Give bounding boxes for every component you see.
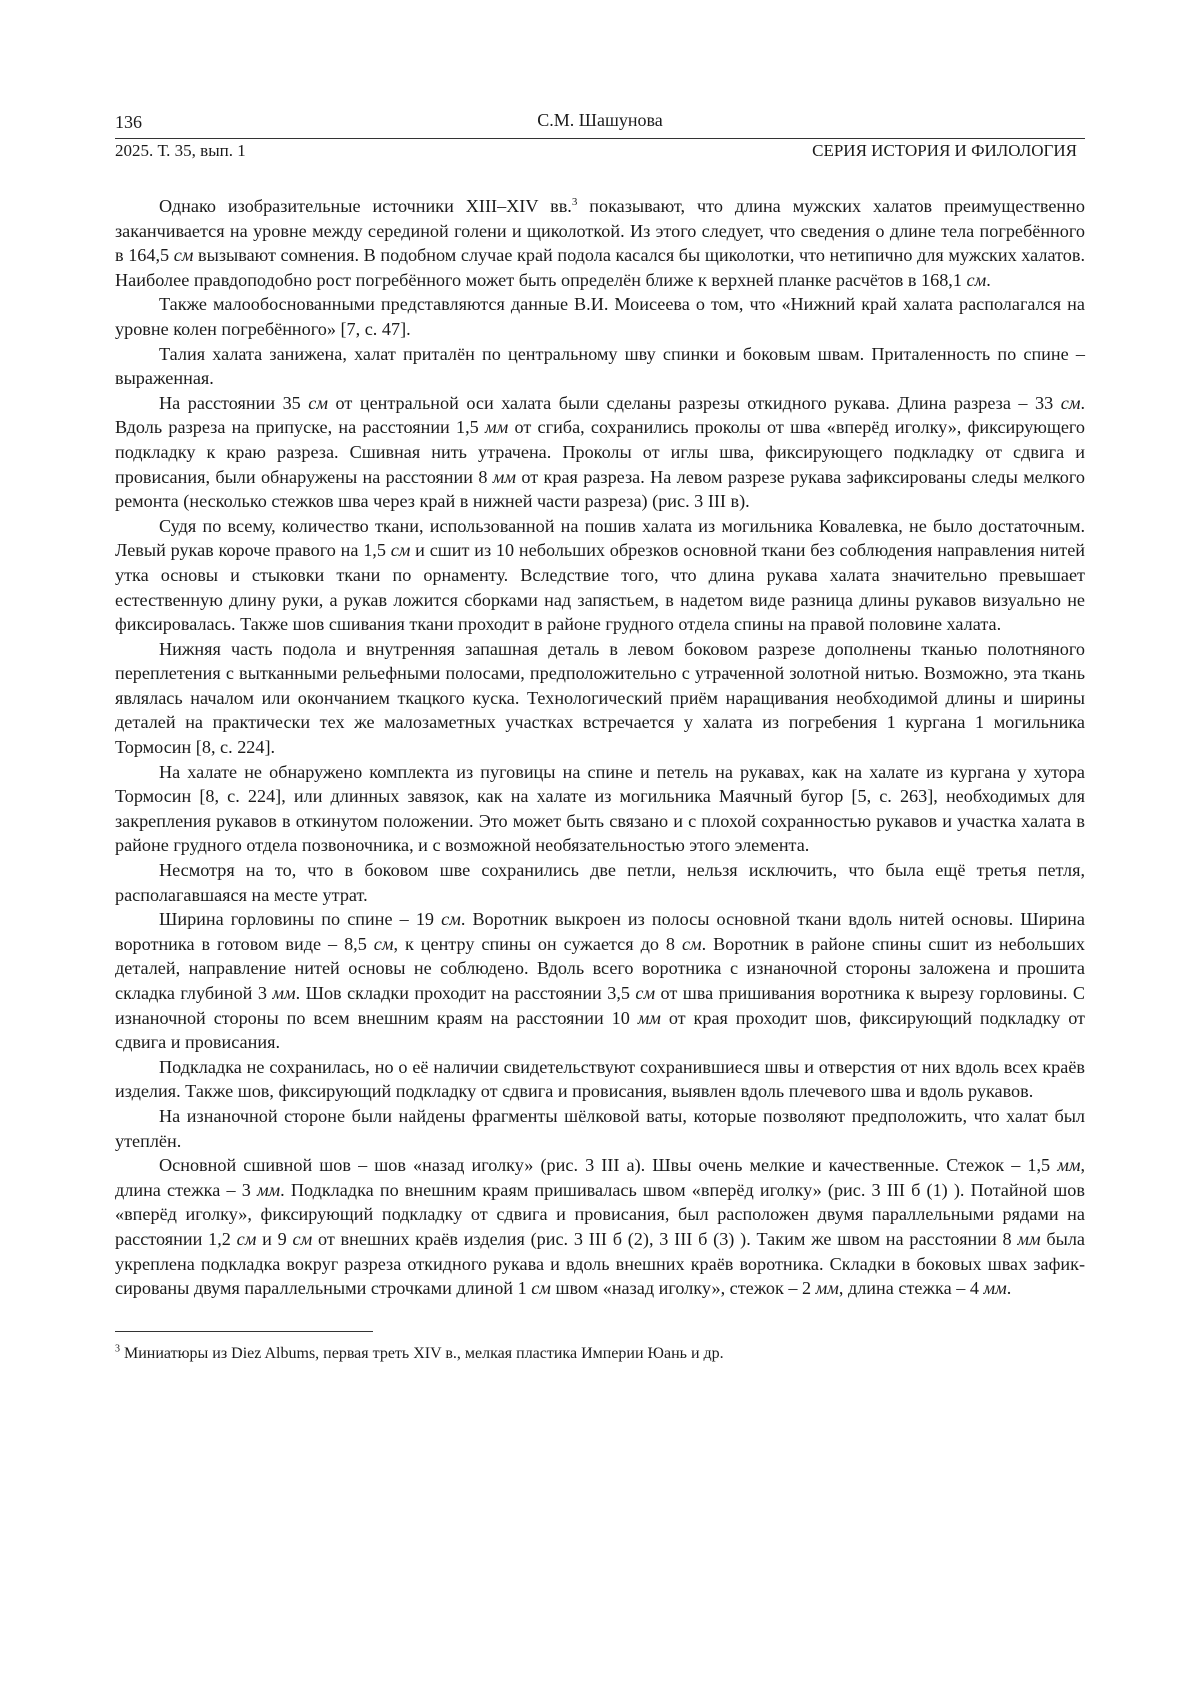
- text-run: от центральной оси халата были сделаны р…: [328, 393, 1061, 413]
- running-author: С.М. Шашунова: [115, 110, 1085, 130]
- unit-italic: см: [531, 1278, 551, 1298]
- text-run: На изнаночной стороне были найдены фрагм…: [115, 1106, 1085, 1151]
- header-divider: [115, 138, 1085, 139]
- paragraph: Однако изобразительные источники XIII–XI…: [115, 194, 1085, 292]
- footnote-divider: [115, 1331, 373, 1332]
- unit-italic: см: [308, 393, 328, 413]
- text-run: .: [986, 270, 991, 290]
- text-run: , длина стежка – 4: [839, 1278, 984, 1298]
- footnote-text: Миниатюры из Diez Albums, первая треть X…: [120, 1345, 724, 1362]
- text-run: и 9: [256, 1229, 292, 1249]
- paragraph: На халате не обнаружено комплекта из пуг…: [115, 760, 1085, 858]
- unit-italic: см: [635, 983, 655, 1003]
- footnote: 3 Миниатюры из Diez Albums, первая треть…: [115, 1344, 1085, 1364]
- text-run: вызывают сомнения. В подобном случае кра…: [115, 245, 1085, 290]
- text-run: от внешних кра­ёв изделия (рис. 3 III б …: [312, 1229, 1017, 1249]
- paragraph: На изнаночной стороне были найдены фрагм…: [115, 1104, 1085, 1153]
- paragraph: Судя по всему, количество ткани, использ…: [115, 514, 1085, 637]
- page-number: 136: [115, 112, 142, 132]
- unit-italic: мм: [272, 983, 295, 1003]
- text-run: Нижняя часть подола и внутренняя запашна…: [115, 639, 1085, 757]
- journal-page: 136 С.М. Шашунова 2025. Т. 35, вып. 1 СЕ…: [115, 110, 1085, 1364]
- unit-italic: мм: [485, 417, 508, 437]
- unit-italic: см: [967, 270, 987, 290]
- running-header: 136 С.М. Шашунова: [115, 110, 1085, 132]
- series-title: СЕРИЯ ИСТОРИЯ И ФИЛОЛОГИЯ: [812, 141, 1077, 161]
- unit-italic: см: [441, 909, 461, 929]
- text-run: , к центру спины он сужается до 8: [393, 934, 682, 954]
- unit-italic: см: [374, 934, 394, 954]
- paragraph: На расстоянии 35 см от центральной оси х…: [115, 391, 1085, 514]
- paragraph: Подкладка не сохранилась, но о её наличи…: [115, 1055, 1085, 1104]
- text-run: . Шов складки проходит на расстоянии 3,5: [296, 983, 636, 1003]
- unit-italic: мм: [984, 1278, 1007, 1298]
- unit-italic: мм: [1057, 1155, 1080, 1175]
- paragraph: Ширина горловины по спине – 19 см. Ворот…: [115, 907, 1085, 1055]
- unit-italic: см: [293, 1229, 313, 1249]
- text-run: Талия халата занижена, халат приталён по…: [115, 344, 1085, 389]
- paragraph: Несмотря на то, что в боковом шве сохран…: [115, 858, 1085, 907]
- text-run: Основной сшивной шов – шов «назад иголку…: [159, 1155, 1057, 1175]
- text-run: швом «назад иголку», стежок – 2: [551, 1278, 816, 1298]
- article-body: Однако изобразительные источники XIII–XI…: [115, 194, 1085, 1301]
- paragraph: Талия халата занижена, халат приталён по…: [115, 342, 1085, 391]
- text-run: Подкладка не сохранилась, но о её наличи…: [115, 1057, 1085, 1102]
- unit-italic: мм: [493, 467, 516, 487]
- text-run: На халате не обнаружено комплекта из пуг…: [115, 762, 1085, 856]
- unit-italic: мм: [816, 1278, 839, 1298]
- text-run: Ширина горловины по спине – 19: [159, 909, 441, 929]
- unit-italic: см: [682, 934, 702, 954]
- paragraph: Также малообоснованными представляются д…: [115, 292, 1085, 341]
- journal-info: 2025. Т. 35, вып. 1 СЕРИЯ ИСТОРИЯ И ФИЛО…: [115, 141, 1085, 161]
- text-run: На расстоянии 35: [159, 393, 308, 413]
- issue-info: 2025. Т. 35, вып. 1: [115, 141, 246, 161]
- unit-italic: мм: [257, 1180, 280, 1200]
- unit-italic: см: [237, 1229, 257, 1249]
- unit-italic: см: [1061, 393, 1081, 413]
- paragraph: Основной сшивной шов – шов «назад иголку…: [115, 1153, 1085, 1301]
- unit-italic: см: [174, 245, 194, 265]
- text-run: Несмотря на то, что в боковом шве сохран…: [115, 860, 1085, 905]
- unit-italic: мм: [1017, 1229, 1040, 1249]
- unit-italic: мм: [638, 1008, 661, 1028]
- text-run: .: [1007, 1278, 1012, 1298]
- unit-italic: см: [391, 540, 411, 560]
- paragraph: Нижняя часть подола и внутренняя запашна…: [115, 637, 1085, 760]
- text-run: Также малообоснованными представляются д…: [115, 294, 1085, 339]
- text-run: Однако изобразительные источники XIII–XI…: [159, 196, 572, 216]
